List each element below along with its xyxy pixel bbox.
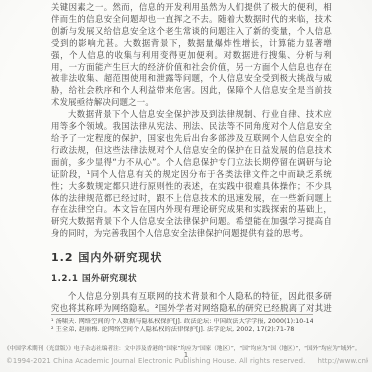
paragraph-2: 大数据背景下个人信息安全保护涉及到法律规制、行业自律、技术应用等多个领域。我国法… [51, 109, 332, 240]
document-page: 关键因素之一。然而，信息的开发利用虽然为人们提供了极大的便利，相伴而生的信息安全… [0, 0, 372, 372]
main-text-column: 关键因素之一。然而，信息的开发利用虽然为人们提供了极大的便利，相伴而生的信息安全… [51, 0, 332, 312]
footnote-separator [51, 314, 313, 315]
footnote-1: ¹ 汤啸天. 网络空间的个人数据与隐私权保护[J]. 政法论坛: 中国政法大学学… [51, 318, 313, 326]
paragraph-3: 个人信息分别具有互联网的技术背景和个人隐私的特征，因此很多研究也将其称呼为网络隐… [51, 291, 332, 312]
section-heading: 1.2 国内外研究现状 [51, 249, 332, 265]
paragraph-continuation: 关键因素之一。然而，信息的开发利用虽然为人们提供了极大的便利，相伴而生的信息安全… [51, 2, 332, 109]
copyright-text: ©1994-2021 China Academic Journal Electr… [6, 357, 305, 365]
cnki-url: http://www.cnki.net [318, 357, 368, 365]
footnote-2: ² 王全弟, 赵丽梅. 论网络空间个人隐私权的法律保护[J]. 法学论坛, 20… [51, 326, 313, 334]
copyright-line: ©1994-2021 China Academic Journal Electr… [6, 357, 368, 365]
subsection-heading: 1.2.1 国外研究现状 [51, 272, 332, 284]
footnote-area: ¹ 汤啸天. 网络空间的个人数据与隐私权保护[J]. 政法论坛: 中国政法大学学… [51, 314, 313, 334]
